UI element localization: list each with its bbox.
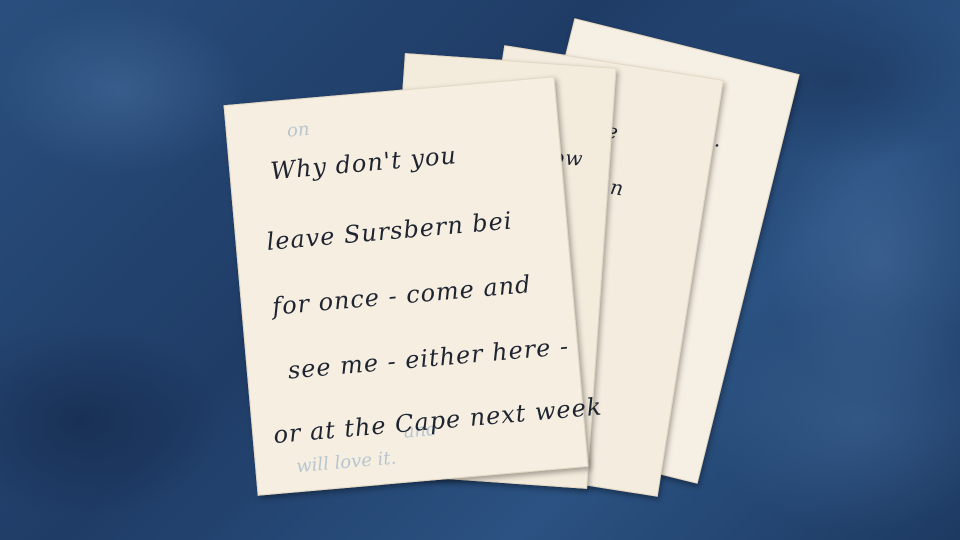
letter-page-1: on and will love it. Why don't you leave… [224,76,589,495]
handwritten-line-4: see me - either here - [287,332,570,384]
bleed-through-text: will love it. [295,448,397,478]
handwritten-line-2: leave Sursbern bei [265,207,513,256]
handwritten-line-1: Why don't you [269,141,458,185]
handwritten-line-3: for once - come and [271,270,532,321]
bleed-through-text: on [286,119,310,142]
handwritten-line-5: or at the Cape next week [272,392,603,449]
